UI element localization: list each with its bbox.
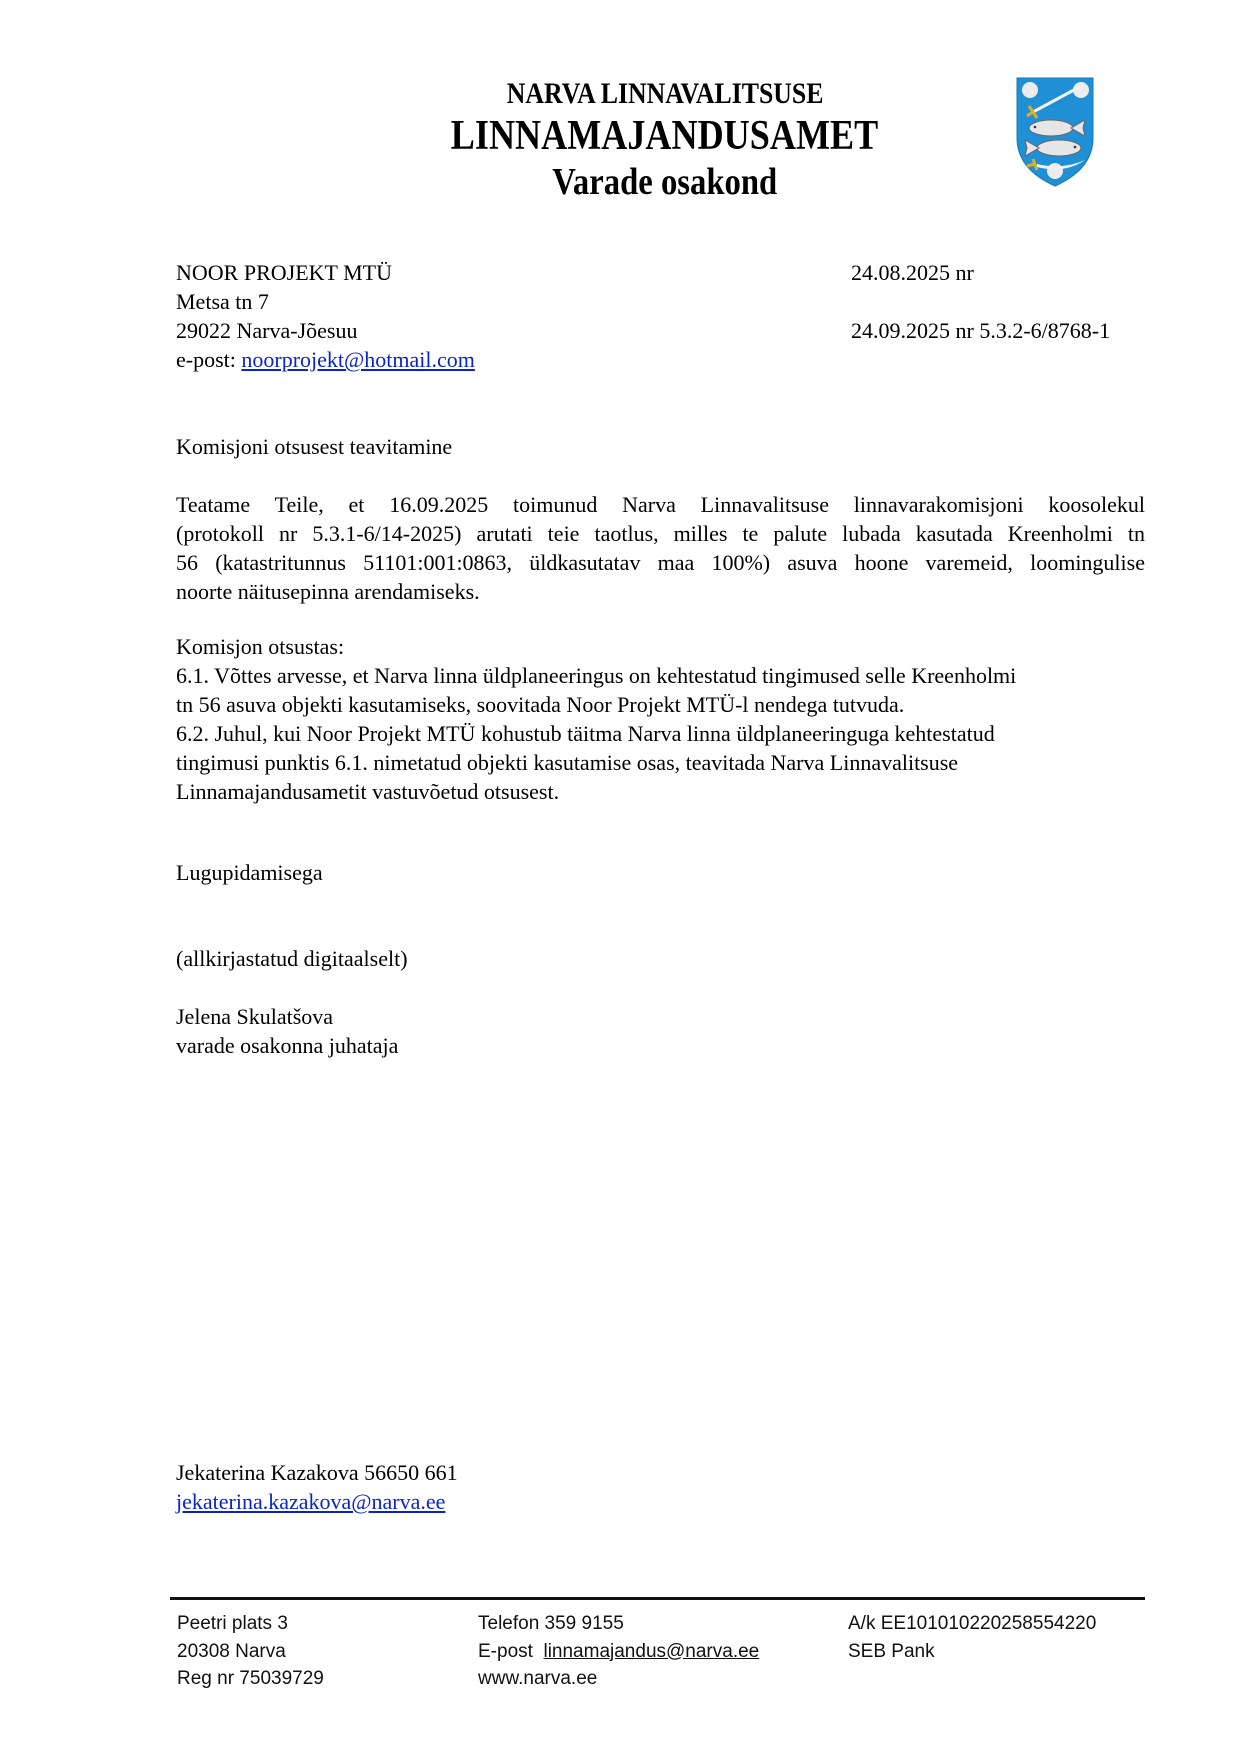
footer-email-label: E-post — [478, 1641, 543, 1662]
paragraph-line: Teatame Teile, et 16.09.2025 toimunud Na… — [176, 490, 1145, 519]
recipient-city: 29022 Narva-Jõesuu — [176, 316, 475, 345]
recipient-email-row: e-post: noorprojekt@hotmail.com — [176, 345, 475, 374]
narva-coat-of-arms-icon — [1015, 76, 1095, 188]
footer-reg-number: Reg nr 75039729 — [177, 1665, 324, 1693]
contact-person: Jekaterina Kazakova 56650 661 jekaterina… — [176, 1458, 458, 1516]
paragraph-line: noorte näitusepinna arendamiseks. — [176, 577, 1145, 606]
footer-bank-name: SEB Pank — [848, 1638, 1096, 1666]
footer-account: A/k EE101010220258554220 — [848, 1610, 1096, 1638]
body-paragraph: Teatame Teile, et 16.09.2025 toimunud Na… — [176, 490, 1145, 606]
letterhead-division: Varade osakond — [380, 160, 950, 204]
recipient-email-label: e-post: — [176, 347, 241, 372]
contact-name-phone: Jekaterina Kazakova 56650 661 — [176, 1458, 458, 1487]
document-references: 24.08.2025 nr 24.09.2025 nr 5.3.2-6/8768… — [851, 258, 1110, 345]
decision-line: tingimusi punktis 6.1. nimetatud objekti… — [176, 748, 1016, 777]
footer-bank: A/k EE101010220258554220 SEB Pank — [848, 1610, 1096, 1665]
footer-street: Peetri plats 3 — [177, 1610, 324, 1638]
our-reference: 24.09.2025 nr 5.3.2-6/8768-1 — [851, 316, 1110, 345]
paragraph-line: (protokoll nr 5.3.1-6/14-2025) arutati t… — [176, 519, 1145, 548]
recipient-address: NOOR PROJEKT MTÜ Metsa tn 7 29022 Narva-… — [176, 258, 475, 374]
decision-line: 6.2. Juhul, kui Noor Projekt MTÜ kohustu… — [176, 719, 1016, 748]
footer-phone: Telefon 359 9155 — [478, 1610, 759, 1638]
letter-subject: Komisjoni otsusest teavitamine — [176, 432, 452, 461]
closing-salutation: Lugupidamisega — [176, 858, 323, 887]
decision-line: 6.1. Võttes arvesse, et Narva linna üldp… — [176, 661, 1016, 690]
signer-block: Jelena Skulatšova varade osakonna juhata… — [176, 1002, 398, 1060]
decision-heading: Komisjon otsustas: — [176, 632, 1016, 661]
decision-line: Linnamajandusametit vastuvõetud otsusest… — [176, 777, 1016, 806]
signer-name: Jelena Skulatšova — [176, 1002, 398, 1031]
footer-address: Peetri plats 3 20308 Narva Reg nr 750397… — [177, 1610, 324, 1693]
recipient-street: Metsa tn 7 — [176, 287, 475, 316]
footer-divider — [170, 1597, 1145, 1600]
footer-contacts: Telefon 359 9155 E-post linnamajandus@na… — [478, 1610, 759, 1693]
their-reference: 24.08.2025 nr — [851, 258, 1110, 287]
footer-city: 20308 Narva — [177, 1638, 324, 1666]
contact-email-link[interactable]: jekaterina.kazakova@narva.ee — [176, 1489, 445, 1514]
signature-note: (allkirjastatud digitaalselt) — [176, 944, 408, 973]
commission-decision: Komisjon otsustas: 6.1. Võttes arvesse, … — [176, 632, 1016, 806]
decision-line: tn 56 asuva objekti kasutamiseks, soovit… — [176, 690, 1016, 719]
ref-spacer — [851, 287, 1110, 316]
paragraph-line: 56 (katastritunnus 51101:001:0863, üldka… — [176, 548, 1145, 577]
footer-website[interactable]: www.narva.ee — [478, 1665, 759, 1693]
letterhead-authority: NARVA LINNAVALITSUSE — [380, 76, 950, 112]
recipient-name: NOOR PROJEKT MTÜ — [176, 258, 475, 287]
letterhead-department: LINNAMAJANDUSAMET — [380, 112, 950, 160]
signer-title: varade osakonna juhataja — [176, 1031, 398, 1060]
footer-email-link[interactable]: linnamajandus@narva.ee — [543, 1641, 759, 1662]
recipient-email-link[interactable]: noorprojekt@hotmail.com — [241, 347, 475, 372]
